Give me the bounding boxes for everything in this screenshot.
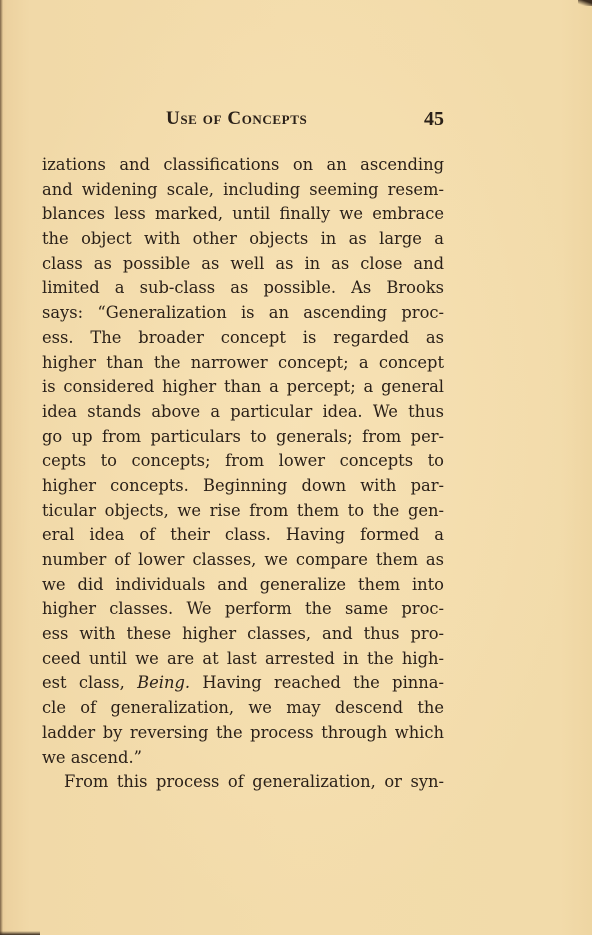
text-line: cepts to concepts; from lower concepts t… bbox=[42, 449, 444, 474]
text-line-with-italic: est class, Being. Having reached the pin… bbox=[42, 671, 444, 696]
text-line: higher than the narrower concept; a conc… bbox=[42, 351, 444, 376]
page-spine-shadow bbox=[0, 0, 3, 935]
text-line: class as possible as well as in as close… bbox=[42, 252, 444, 277]
text-line: idea stands above a particular idea. We … bbox=[42, 400, 444, 425]
text-line: higher classes. We perform the same proc… bbox=[42, 597, 444, 622]
text-line: higher concepts. Beginning down with par… bbox=[42, 474, 444, 499]
italic-term: Being. bbox=[137, 673, 190, 692]
body-text: izations and classifications on an ascen… bbox=[42, 153, 444, 795]
text-line: ladder by reversing the process through … bbox=[42, 721, 444, 746]
text-line: go up from particulars to generals; from… bbox=[42, 425, 444, 450]
text-line: ess. The broader concept is regarded as bbox=[42, 326, 444, 351]
text-line: ticular objects, we rise from them to th… bbox=[42, 499, 444, 524]
text-line: we did individuals and generalize them i… bbox=[42, 573, 444, 598]
running-head-title: Use of Concepts bbox=[166, 108, 307, 130]
text-line-paragraph-start: From this process of generalization, or … bbox=[42, 770, 444, 795]
page-corner-shadow bbox=[578, 0, 592, 6]
book-page: Use of Concepts 45 izations and classifi… bbox=[0, 0, 592, 935]
page-edge-shadow bbox=[0, 931, 40, 935]
text-line: ess with these higher classes, and thus … bbox=[42, 622, 444, 647]
text-line: cle of generalization, we may descend th… bbox=[42, 696, 444, 721]
text-line-paragraph-end: we ascend.” bbox=[42, 746, 444, 771]
text-segment: est class, bbox=[42, 673, 137, 692]
text-line: number of lower classes, we compare them… bbox=[42, 548, 444, 573]
text-segment: Having reached the pinna- bbox=[190, 673, 444, 692]
text-line: eral idea of their class. Having formed … bbox=[42, 523, 444, 548]
text-line: the object with other objects in as larg… bbox=[42, 227, 444, 252]
text-line: izations and classifications on an ascen… bbox=[42, 153, 444, 178]
text-line: ceed until we are at last arrested in th… bbox=[42, 647, 444, 672]
text-line: blances less marked, until finally we em… bbox=[42, 202, 444, 227]
page-number: 45 bbox=[424, 108, 444, 131]
text-line: says: “Generalization is an ascending pr… bbox=[42, 301, 444, 326]
text-line: limited a sub-class as possible. As Broo… bbox=[42, 276, 444, 301]
text-line: is considered higher than a percept; a g… bbox=[42, 375, 444, 400]
running-head: Use of Concepts 45 bbox=[166, 108, 444, 134]
text-line: and widening scale, including seeming re… bbox=[42, 178, 444, 203]
